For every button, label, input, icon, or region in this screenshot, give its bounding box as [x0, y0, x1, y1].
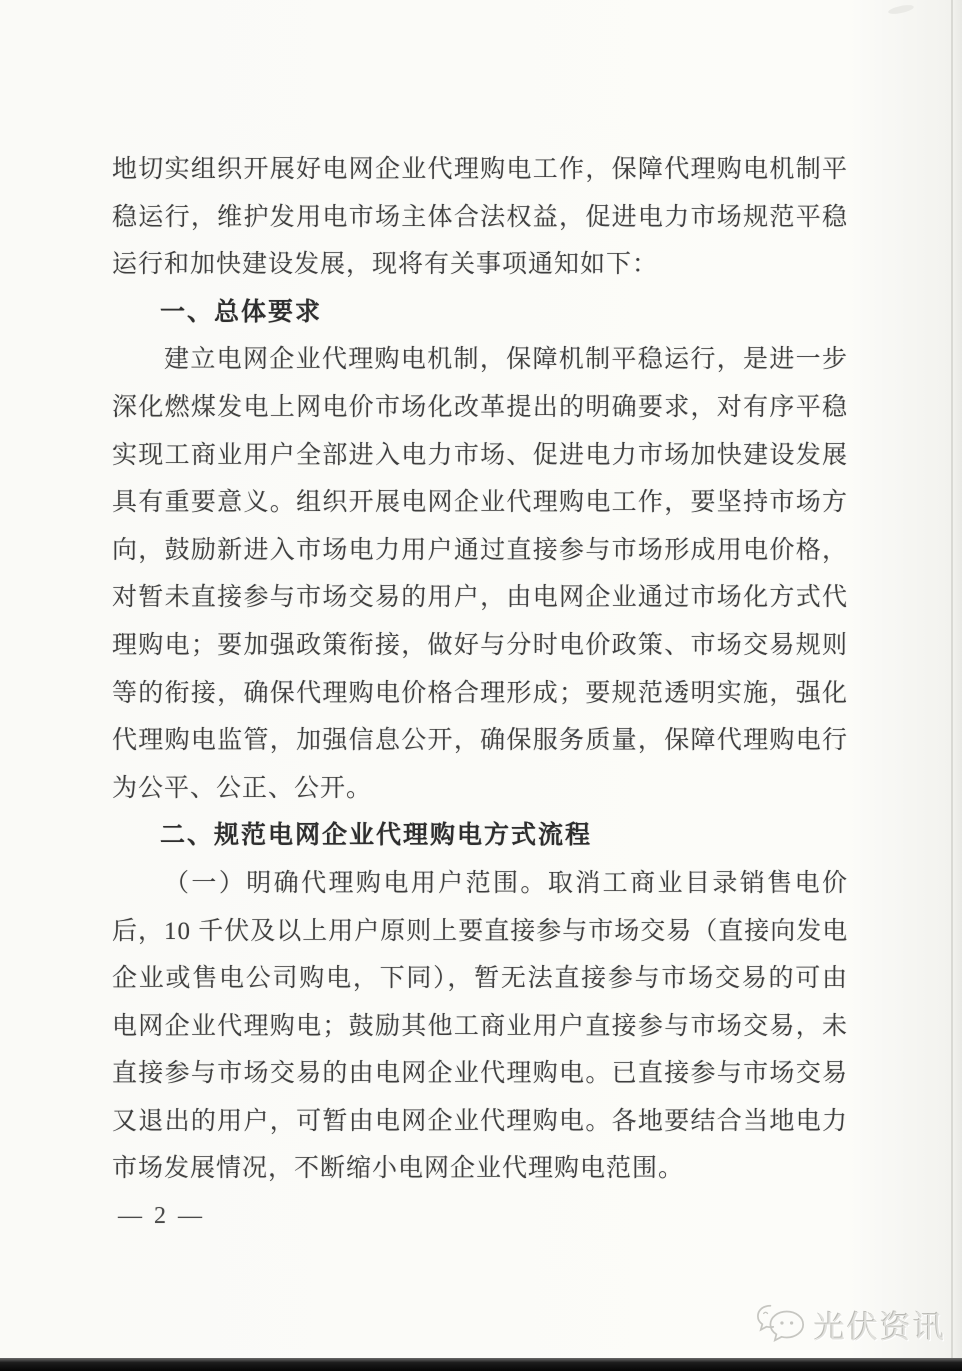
text-line: 直接参与市场交易的由电网企业代理购电。已直接参与市场交易 [112, 1050, 848, 1098]
text-line: 又退出的用户，可暂由电网企业代理购电。各地要结合当地电力 [112, 1098, 848, 1146]
text-line: 建立电网企业代理购电机制，保障机制平稳运行，是进一步 [112, 336, 848, 384]
text-line: 对暂未直接参与市场交易的用户，由电网企业通过市场化方式代 [112, 574, 848, 622]
text-line: 运行和加快建设发展，现将有关事项通知如下： [112, 241, 848, 289]
text-line: 理购电；要加强政策衔接，做好与分时电价政策、市场交易规则 [112, 622, 848, 670]
text-line: 具有重要意义。组织开展电网企业代理购电工作，要坚持市场方 [112, 479, 848, 527]
document-text-block: 地切实组织开展好电网企业代理购电工作，保障代理购电机制平 稳运行，维护发用电市场… [112, 146, 848, 1241]
text-line: 等的衔接，确保代理购电价格合理形成；要规范透明实施，强化 [112, 670, 848, 718]
page-number: — 2 — [112, 1193, 848, 1241]
chat-bubbles-icon [755, 1301, 807, 1347]
text-line: 稳运行，维护发用电市场主体合法权益，促进电力市场规范平稳 [112, 194, 848, 242]
scan-smudge [888, 3, 915, 15]
watermark: 光伏资讯 [755, 1301, 946, 1347]
scanned-document-page: 地切实组织开展好电网企业代理购电工作，保障代理购电机制平 稳运行，维护发用电市场… [0, 0, 962, 1371]
text-line: 实现工商业用户全部进入电力市场、促进电力市场加快建设发展 [112, 432, 848, 480]
text-line: 向，鼓励新进入市场电力用户通过直接参与市场形成用电价格， [112, 527, 848, 575]
scan-bottom-bar [0, 1358, 962, 1371]
section-heading-2: 二、规范电网企业代理购电方式流程 [112, 812, 848, 860]
text-line: 后，10 千伏及以上用户原则上要直接参与市场交易（直接向发电 [112, 908, 848, 956]
text-line: （一）明确代理购电用户范围。取消工商业目录销售电价 [112, 860, 848, 908]
text-line: 电网企业代理购电；鼓励其他工商业用户直接参与市场交易，未 [112, 1003, 848, 1051]
text-line: 地切实组织开展好电网企业代理购电工作，保障代理购电机制平 [112, 146, 848, 194]
page-edge-shadow [951, 0, 953, 1358]
text-line: 市场发展情况，不断缩小电网企业代理购电范围。 [112, 1145, 848, 1193]
text-line: 为公平、公正、公开。 [112, 765, 848, 813]
text-line: 代理购电监管，加强信息公开，确保服务质量，保障代理购电行 [112, 717, 848, 765]
text-line: 企业或售电公司购电，下同），暂无法直接参与市场交易的可由 [112, 955, 848, 1003]
text-line: 深化燃煤发电上网电价市场化改革提出的明确要求，对有序平稳 [112, 384, 848, 432]
watermark-label: 光伏资讯 [814, 1302, 946, 1347]
section-heading-1: 一、总体要求 [112, 289, 848, 337]
